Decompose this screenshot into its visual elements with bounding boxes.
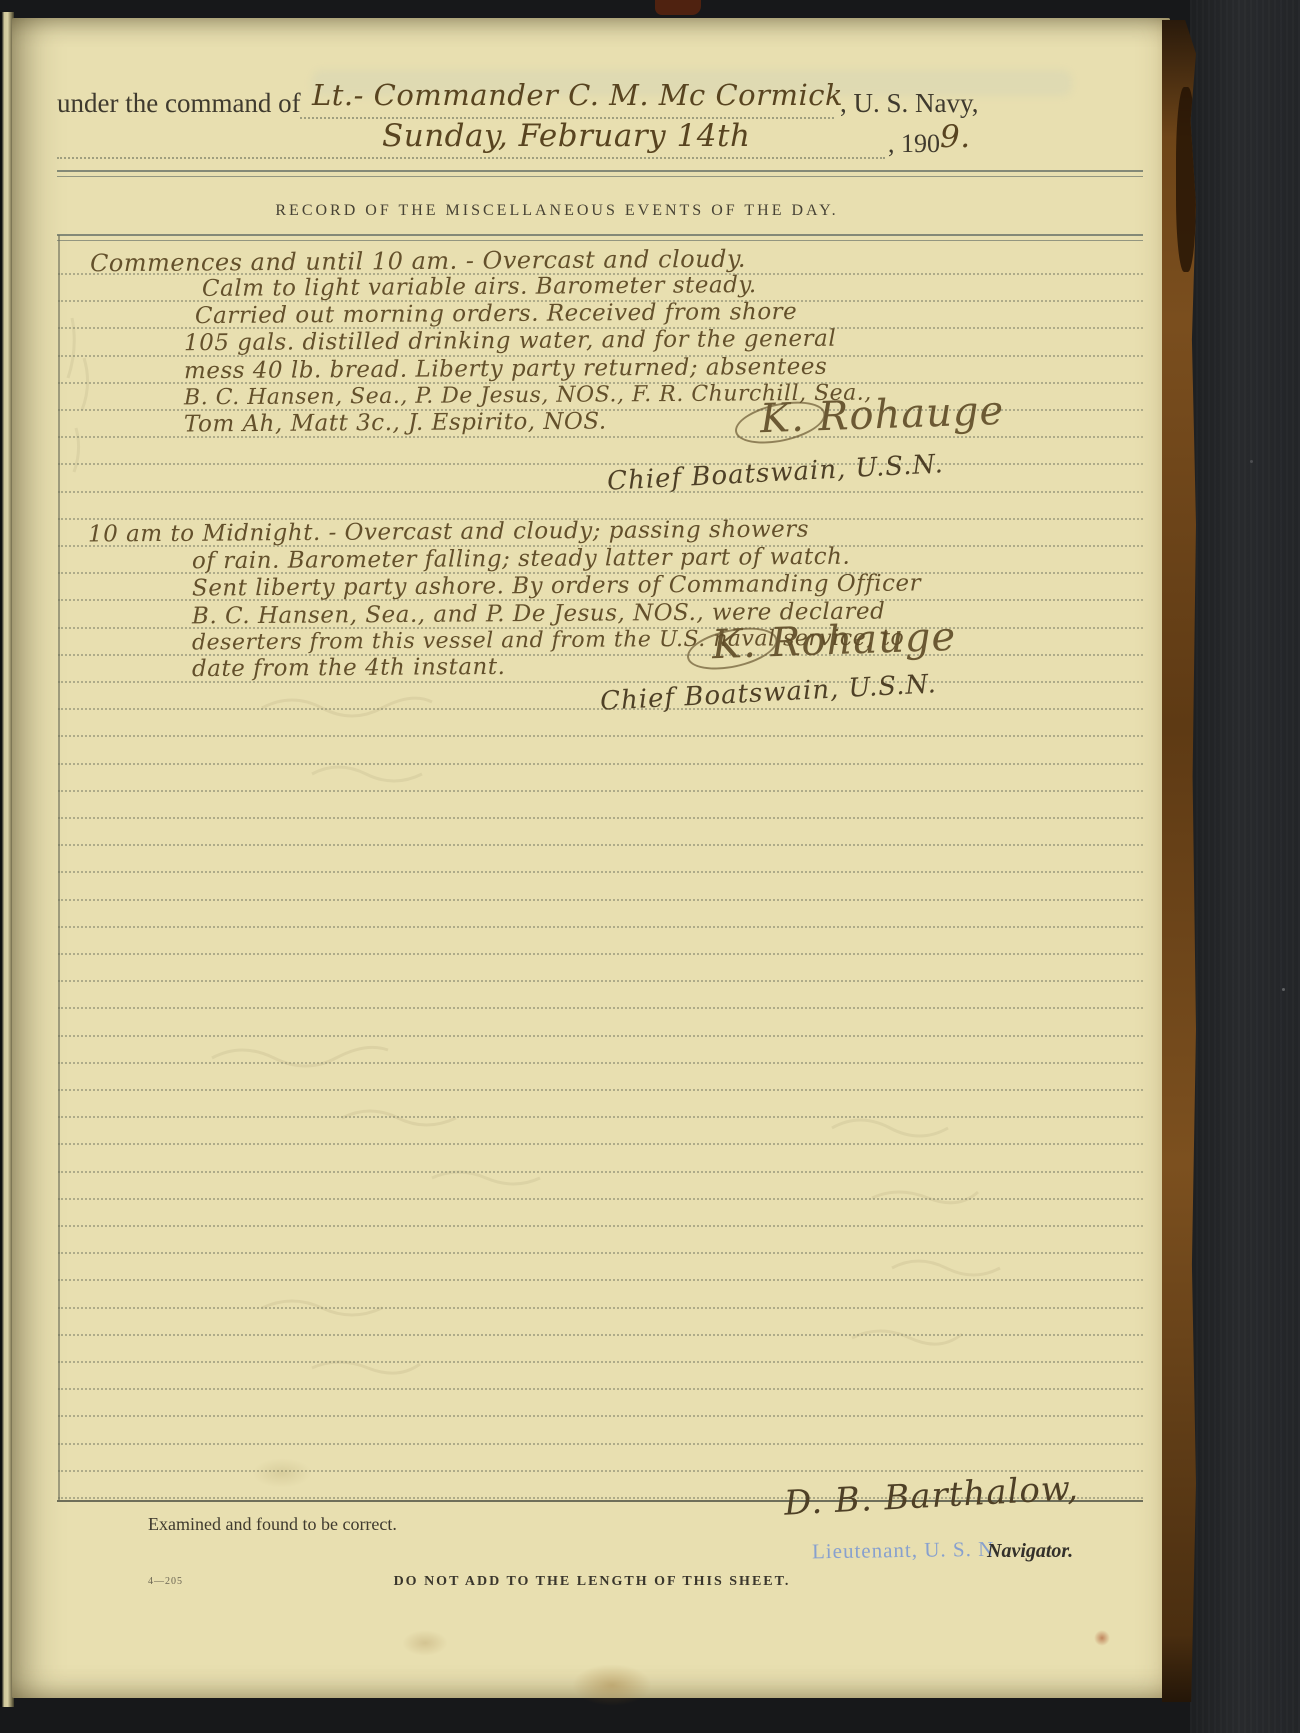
ledger-rule [58, 899, 1143, 901]
log-entry-line: date from the 4th instant. [192, 654, 506, 682]
scan-background [1190, 0, 1300, 1733]
signature-chief-boatswain-2: K. Rohauge [711, 614, 957, 668]
header-printed-prefix: under the command of [57, 88, 301, 119]
dust-speck [1282, 988, 1285, 991]
ledger-rule [58, 1089, 1143, 1091]
ledger-rule [58, 763, 1143, 765]
ledger-rule [58, 463, 1143, 465]
form-number: 4—205 [148, 1576, 183, 1587]
page-stain [1094, 1630, 1110, 1646]
examined-statement: Examined and found to be correct. [148, 1514, 397, 1535]
log-entry-line: Calm to light variable airs. Barometer s… [202, 272, 757, 302]
signature-chief-boatswain-1: K. Rohauge [759, 388, 1005, 442]
ledger-rule [58, 1361, 1143, 1363]
ledger-rule [58, 1415, 1143, 1417]
dust-speck [1250, 460, 1253, 463]
ledger-rule [58, 1198, 1143, 1200]
ledger-rule [58, 1443, 1143, 1445]
binding-tear [655, 0, 701, 15]
ledger-rule [58, 817, 1143, 819]
log-entry-line: Tom Ah, Matt 3c., J. Espirito, NOS. [184, 409, 607, 438]
book-edge [1162, 20, 1196, 1702]
log-entry-line: of rain. Barometer falling; steady latte… [192, 544, 850, 575]
ledger-rule [58, 1307, 1143, 1309]
year-digit-handwritten: 9. [940, 119, 971, 155]
ledger-rule [58, 491, 1143, 493]
page-stain [402, 1630, 448, 1656]
page-stain [572, 1664, 652, 1706]
date-handwritten: Sunday, February 14th [382, 118, 750, 154]
navigator-label: Navigator. [987, 1540, 1073, 1563]
ledger-rule [58, 735, 1143, 737]
ledger-rule [58, 1470, 1143, 1472]
ledger-rule [58, 926, 1143, 928]
ledger-rule [58, 871, 1143, 873]
ledger-rule [58, 1334, 1143, 1336]
ledger-rule [58, 1225, 1143, 1227]
ledger-rule [58, 1279, 1143, 1281]
header-double-rule [57, 170, 1143, 177]
header-printed-suffix: , U. S. Navy, [840, 88, 979, 119]
commander-name-handwritten: Lt.- Commander C. M. Mc Cormick [312, 78, 843, 112]
navigator-signature: D. B. Barthalow, [783, 1468, 1080, 1523]
log-entry-line: 105 gals. distilled drinking water, and … [184, 326, 836, 357]
ledger-rule [58, 1007, 1143, 1009]
log-entry-line: 10 am to Midnight. - Overcast and cloudy… [88, 516, 809, 547]
rank-stamp: Lieutenant, U. S. N. [812, 1537, 1001, 1565]
do-not-add-notice: DO NOT ADD TO THE LENGTH OF THIS SHEET. [342, 1574, 842, 1590]
ledger-rule [58, 1116, 1143, 1118]
table-top-double-rule [57, 234, 1143, 241]
ledger-rule [58, 844, 1143, 846]
ledger-rule [58, 1035, 1143, 1037]
log-entry-line: Carried out morning orders. Received fro… [195, 299, 797, 329]
ledger-rule [58, 1062, 1143, 1064]
date-rule [57, 157, 885, 159]
logbook-scan: under the command of Lt.- Commander C. M… [0, 0, 1300, 1733]
logbook-page: under the command of Lt.- Commander C. M… [12, 18, 1170, 1698]
ledger-rule [58, 1252, 1143, 1254]
ledger-rule [58, 1143, 1143, 1145]
log-entry-line: Sent liberty party ashore. By orders of … [192, 570, 921, 601]
signature-title-2: Chief Boatswain, U.S.N. [599, 669, 937, 717]
ledger-rule [58, 1171, 1143, 1173]
section-title: RECORD OF THE MISCELLANEOUS EVENTS OF TH… [57, 202, 1057, 220]
log-entry-line: mess 40 lb. bread. Liberty party returne… [184, 354, 827, 384]
ledger-rule [58, 790, 1143, 792]
table-left-border [58, 235, 60, 1500]
ledger-rule [58, 1388, 1143, 1390]
year-printed-prefix: , 190 [888, 129, 940, 159]
page-stain [252, 1458, 312, 1488]
signature-title-1: Chief Boatswain, U.S.N. [606, 449, 944, 497]
ledger-rule [58, 953, 1143, 955]
ledger-rule [58, 980, 1143, 982]
